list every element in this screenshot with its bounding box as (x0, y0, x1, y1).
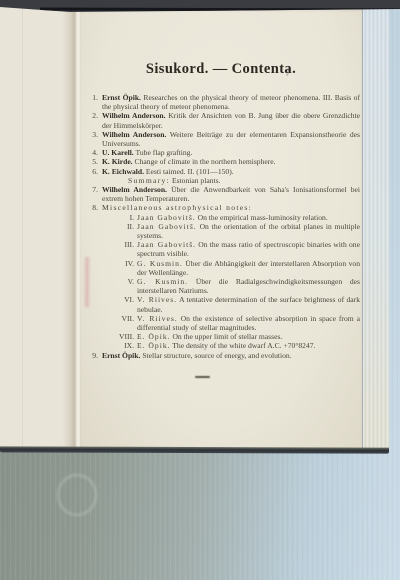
subitem-number: III. (114, 240, 134, 249)
subitem-number: VII. (114, 314, 134, 323)
item-author: Wilhelm Anderson. (102, 185, 167, 194)
item-number: 5. (86, 157, 98, 166)
subitem-number: VIII. (114, 332, 134, 341)
subitem-author: Jaan Gabovitš. (137, 213, 196, 222)
page-fore-edge (362, 7, 389, 450)
table-of-contents: 1. Ernst Öpik. Researches on the physica… (88, 93, 360, 360)
item-number: 7. (86, 185, 98, 194)
item-title: Change of climate in the northern hemisp… (135, 157, 276, 166)
subitem-author: V. Riives. (137, 295, 177, 304)
toc-item: 9. Ernst Öpik. Stellar structure, source… (88, 351, 360, 360)
toc-item: 4. U. Karell. Tube flap grafting. (88, 148, 360, 157)
subitem-author: Jaan Gabovitš. (137, 222, 197, 231)
item-number: 3. (86, 130, 98, 139)
item-number: 8. (86, 203, 98, 212)
item-author: Ernst Öpik. (102, 351, 140, 360)
subitem-title: On the upper limit of stellar masses. (172, 332, 282, 341)
subitem-number: I. (114, 213, 134, 222)
subitem-title: The density of the white dwarf A.C. +70°… (172, 341, 315, 350)
toc-item: 5. K. Kirde. Change of climate in the no… (88, 157, 360, 166)
subitem-number: VI. (114, 295, 134, 304)
item-author: Ernst Öpik. (102, 93, 141, 102)
summary-label: Summary: (128, 176, 170, 185)
page-title: Sisukord. — Contenta. (80, 61, 362, 78)
decorative-end-rule (195, 376, 210, 378)
item-number: 4. (86, 148, 98, 157)
item-title: Researches on the physical theory of met… (102, 93, 360, 111)
toc-subitem: VI. V. Riives. A tentative determination… (88, 295, 360, 313)
subitem-number: IX. (114, 341, 134, 350)
toc-item: 8. Miscellaneous astrophysical notes: (88, 203, 360, 212)
toc-subitem: IX. E. Öpik. The density of the white dw… (88, 341, 360, 350)
toc-subitem: VII. V. Riives. On the existence of sele… (88, 314, 360, 332)
item-author: K. Eichwald. (102, 167, 144, 176)
summary-text: Estonian plants. (172, 176, 221, 185)
item-author: Wilhelm Anderson. (102, 111, 166, 120)
item-summary-line: Summary: Estonian plants. (102, 176, 360, 185)
item-number: 1. (86, 93, 98, 102)
subitem-author: Jaan Gabovitš. (137, 240, 196, 249)
subitem-author: E. Öpik. (137, 332, 171, 341)
toc-subitem: V. G. Kusmin. Über die Radialgeschwindig… (88, 277, 360, 295)
subitem-number: IV. (114, 259, 134, 268)
subitem-author: G. Kusmin. (137, 259, 183, 268)
item-author: Wilhelm Anderson. (102, 130, 166, 139)
item-title: Eesti taimed. II. (101—150). (146, 167, 234, 176)
subitem-author: V. Riives. (137, 314, 178, 323)
subitem-title: On the empirical mass-luminosity relatio… (198, 213, 328, 222)
subitem-number: II. (114, 222, 134, 231)
toc-subitem: I. Jaan Gabovitš. On the empirical mass-… (88, 213, 360, 222)
item-number: 2. (86, 111, 98, 120)
toc-item: 6. K. Eichwald. Eesti taimed. II. (101—1… (88, 167, 360, 185)
toc-subitem: III. Jaan Gabovitš. On the mass ratio of… (88, 240, 360, 258)
toc-item: 1. Ernst Öpik. Researches on the physica… (88, 93, 360, 111)
subitem-author: E. Öpik. (137, 341, 171, 350)
item-title: Tube flap grafting. (135, 148, 192, 157)
toc-item: 2. Wilhelm Anderson. Kritik der Ansichte… (88, 111, 360, 129)
item-title: Stellar structure, source of energy, and… (142, 351, 291, 360)
toc-item: 7. Wilhelm Anderson. Über die Anwendbark… (88, 185, 360, 203)
item-author: U. Karell. (102, 148, 134, 157)
toc-subitem: IV. G. Kusmin. Über die Abhängigkeit der… (88, 259, 360, 277)
item-author: K. Kirde. (102, 157, 133, 166)
item-title: Miscellaneous astrophysical notes: (102, 203, 252, 212)
toc-subitem: VIII. E. Öpik. On the upper limit of ste… (88, 332, 360, 341)
subitem-number: V. (114, 277, 134, 286)
item-number: 9. (86, 351, 98, 360)
ring-stain (57, 474, 97, 516)
subitem-author: G. Kusmin. (137, 277, 188, 286)
toc-item: 3. Wilhelm Anderson. Weitere Beiträge zu… (88, 130, 360, 148)
facing-page-edge (0, 6, 80, 451)
toc-subitem: II. Jaan Gabovitš. On the orientation of… (88, 222, 360, 240)
item-number: 6. (86, 167, 98, 176)
